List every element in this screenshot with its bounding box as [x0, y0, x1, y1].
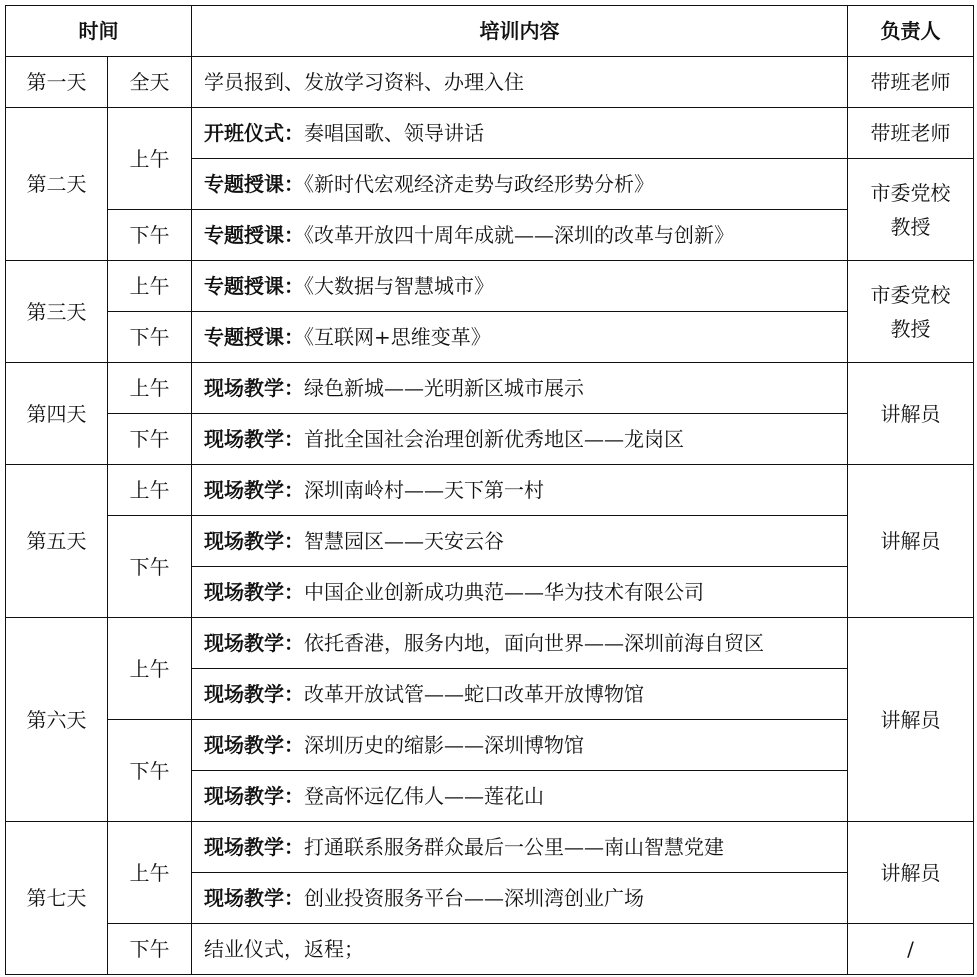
- table-row: 第七天 上午 现场教学：打通联系服务群众最后一公里——南山智慧党建 讲解员: [6, 822, 974, 873]
- owner-cell: 带班老师: [848, 108, 974, 159]
- owner-line: 市委党校: [848, 180, 973, 206]
- owner-cell: 市委党校教授: [848, 159, 974, 261]
- owner-line: 市委党校: [848, 282, 973, 308]
- header-content: 培训内容: [192, 6, 848, 57]
- table-row: 第三天 上午 专题授课：《大数据与智慧城市》 市委党校教授: [6, 261, 974, 312]
- content-label: 现场教学：: [204, 427, 304, 451]
- content-label: 现场教学：: [204, 682, 304, 706]
- content-cell: 现场教学：改革开放试管——蛇口改革开放博物馆: [192, 669, 848, 720]
- table-row: 第四天 上午 现场教学：绿色新城——光明新区城市展示 讲解员: [6, 363, 974, 414]
- content-cell: 现场教学：登高怀远亿伟人——莲花山: [192, 771, 848, 822]
- table-row: 下午 现场教学：智慧园区——天安云谷: [6, 516, 974, 567]
- content-cell: 专题授课：《互联网+思维变革》: [192, 312, 848, 363]
- table-row: 第一天 全天 学员报到、发放学习资料、办理入住 带班老师: [6, 57, 974, 108]
- day-cell: 第四天: [6, 363, 108, 465]
- training-schedule-table: 时间 培训内容 负责人 第一天 全天 学员报到、发放学习资料、办理入住 带班老师…: [5, 5, 974, 975]
- period-cell: 上午: [108, 618, 192, 720]
- period-cell: 上午: [108, 465, 192, 516]
- table-row: 下午 现场教学：首批全国社会治理创新优秀地区——龙岗区: [6, 414, 974, 465]
- day-cell: 第二天: [6, 108, 108, 261]
- content-cell: 开班仪式：奏唱国歌、领导讲话: [192, 108, 848, 159]
- period-cell: 下午: [108, 312, 192, 363]
- content-label: 专题授课：: [204, 172, 304, 196]
- content-text: 深圳历史的缩影——深圳博物馆: [304, 733, 584, 757]
- content-cell: 专题授课：《新时代宏观经济走势与政经形势分析》: [192, 159, 848, 210]
- header-time: 时间: [6, 6, 192, 57]
- table-row: 第二天 上午 开班仪式：奏唱国歌、领导讲话 带班老师: [6, 108, 974, 159]
- content-cell: 结业仪式，返程；: [192, 924, 848, 975]
- content-label: 现场教学：: [204, 478, 304, 502]
- content-label: 现场教学：: [204, 529, 304, 553]
- content-label: 现场教学：: [204, 835, 304, 859]
- day-cell: 第五天: [6, 465, 108, 618]
- period-cell: 全天: [108, 57, 192, 108]
- content-label: 开班仪式：: [204, 121, 304, 145]
- owner-cell: 市委党校教授: [848, 261, 974, 363]
- content-text: 《新时代宏观经济走势与政经形势分析》: [304, 172, 654, 196]
- content-text: 《大数据与智慧城市》: [304, 274, 494, 298]
- period-cell: 上午: [108, 261, 192, 312]
- content-text: 创业投资服务平台——深圳湾创业广场: [304, 886, 644, 910]
- period-cell: 上午: [108, 363, 192, 414]
- table-row: 第五天 上午 现场教学：深圳南岭村——天下第一村 讲解员: [6, 465, 974, 516]
- period-cell: 下午: [108, 516, 192, 618]
- content-text: 学员报到、发放学习资料、办理入住: [204, 70, 524, 94]
- owner-cell: 带班老师: [848, 57, 974, 108]
- content-label: 现场教学：: [204, 376, 304, 400]
- content-text: 改革开放试管——蛇口改革开放博物馆: [304, 682, 644, 706]
- content-label: 专题授课：: [204, 325, 304, 349]
- content-label: 现场教学：: [204, 886, 304, 910]
- owner-cell: 讲解员: [848, 822, 974, 924]
- period-cell: 上午: [108, 822, 192, 924]
- content-text: 首批全国社会治理创新优秀地区——龙岗区: [304, 427, 684, 451]
- day-cell: 第六天: [6, 618, 108, 822]
- content-cell: 专题授课：《大数据与智慧城市》: [192, 261, 848, 312]
- content-cell: 现场教学：绿色新城——光明新区城市展示: [192, 363, 848, 414]
- content-text: 登高怀远亿伟人——莲花山: [304, 784, 544, 808]
- content-text: 《改革开放四十周年成就——深圳的改革与创新》: [304, 223, 734, 247]
- content-text: 深圳南岭村——天下第一村: [304, 478, 544, 502]
- content-label: 现场教学：: [204, 784, 304, 808]
- content-cell: 现场教学：智慧园区——天安云谷: [192, 516, 848, 567]
- content-cell: 现场教学：创业投资服务平台——深圳湾创业广场: [192, 873, 848, 924]
- owner-line: 教授: [848, 316, 973, 342]
- owner-line: 教授: [848, 214, 973, 240]
- period-cell: 上午: [108, 108, 192, 210]
- owner-cell: /: [848, 924, 974, 975]
- content-label: 专题授课：: [204, 274, 304, 298]
- content-cell: 现场教学：中国企业创新成功典范——华为技术有限公司: [192, 567, 848, 618]
- content-label: 现场教学：: [204, 733, 304, 757]
- content-cell: 现场教学：深圳南岭村——天下第一村: [192, 465, 848, 516]
- content-text: 结业仪式，返程；: [204, 937, 364, 961]
- content-label: 现场教学：: [204, 580, 304, 604]
- period-cell: 下午: [108, 924, 192, 975]
- day-cell: 第一天: [6, 57, 108, 108]
- header-row: 时间 培训内容 负责人: [6, 6, 974, 57]
- owner-cell: 讲解员: [848, 618, 974, 822]
- content-cell: 现场教学：深圳历史的缩影——深圳博物馆: [192, 720, 848, 771]
- day-cell: 第三天: [6, 261, 108, 363]
- content-cell: 专题授课：《改革开放四十周年成就——深圳的改革与创新》: [192, 210, 848, 261]
- content-label: 现场教学：: [204, 631, 304, 655]
- owner-cell: 讲解员: [848, 363, 974, 465]
- content-text: 依托香港，服务内地，面向世界——深圳前海自贸区: [304, 631, 764, 655]
- table-row: 下午 结业仪式，返程； /: [6, 924, 974, 975]
- table-row: 第六天 上午 现场教学：依托香港，服务内地，面向世界——深圳前海自贸区 讲解员: [6, 618, 974, 669]
- day-cell: 第七天: [6, 822, 108, 975]
- period-cell: 下午: [108, 210, 192, 261]
- content-text: 奏唱国歌、领导讲话: [304, 121, 484, 145]
- content-text: 中国企业创新成功典范——华为技术有限公司: [304, 580, 704, 604]
- content-cell: 学员报到、发放学习资料、办理入住: [192, 57, 848, 108]
- owner-cell: 讲解员: [848, 465, 974, 618]
- table-row: 下午 专题授课：《互联网+思维变革》: [6, 312, 974, 363]
- content-text: 《互联网+思维变革》: [304, 325, 491, 349]
- table-row: 下午 现场教学：深圳历史的缩影——深圳博物馆: [6, 720, 974, 771]
- table-row: 下午 专题授课：《改革开放四十周年成就——深圳的改革与创新》: [6, 210, 974, 261]
- content-label: 专题授课：: [204, 223, 304, 247]
- content-text: 智慧园区——天安云谷: [304, 529, 504, 553]
- header-owner: 负责人: [848, 6, 974, 57]
- period-cell: 下午: [108, 720, 192, 822]
- content-text: 打通联系服务群众最后一公里——南山智慧党建: [304, 835, 724, 859]
- content-cell: 现场教学：依托香港，服务内地，面向世界——深圳前海自贸区: [192, 618, 848, 669]
- content-text: 绿色新城——光明新区城市展示: [304, 376, 584, 400]
- content-cell: 现场教学：首批全国社会治理创新优秀地区——龙岗区: [192, 414, 848, 465]
- content-cell: 现场教学：打通联系服务群众最后一公里——南山智慧党建: [192, 822, 848, 873]
- period-cell: 下午: [108, 414, 192, 465]
